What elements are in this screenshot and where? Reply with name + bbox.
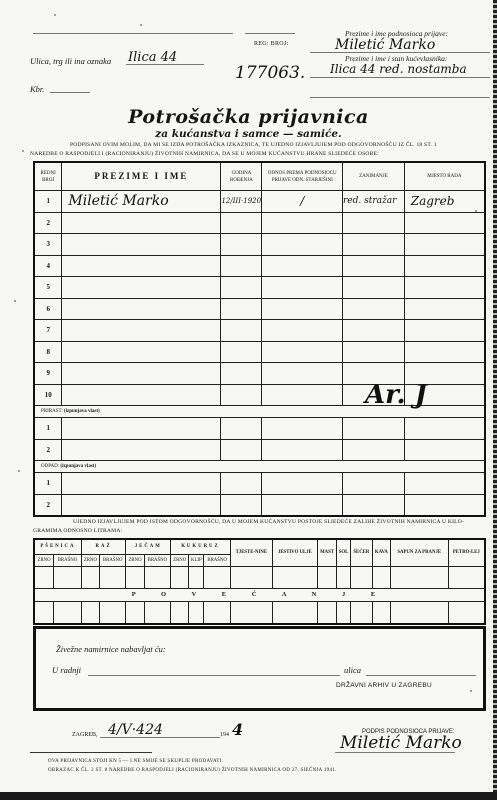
prirast-label: Prirast: (41, 409, 63, 414)
name-cell[interactable] (62, 363, 221, 385)
birth-cell[interactable] (221, 212, 262, 234)
sub-brasno: Brašno (99, 555, 125, 567)
name-cell[interactable]: Miletić Marko (62, 191, 221, 213)
relation-cell[interactable] (262, 384, 343, 406)
shop-field[interactable] (88, 675, 340, 676)
birth-cell[interactable] (221, 341, 262, 363)
table-row: 7 (34, 320, 485, 342)
col-petrolej: Petro-lej (448, 539, 485, 567)
table-row: 2 (34, 439, 485, 461)
birth-cell[interactable] (221, 439, 262, 461)
occupation-cell[interactable] (343, 494, 405, 516)
scan-edge-bottom (0, 792, 497, 800)
group-jecam: Ječam (126, 539, 171, 555)
year-suffix[interactable]: 4 (232, 720, 243, 739)
birth-cell[interactable] (221, 320, 262, 342)
occupation-cell[interactable] (343, 320, 405, 342)
name-cell[interactable] (62, 298, 221, 320)
kbr-underline[interactable] (50, 92, 90, 93)
supply-cell[interactable] (372, 567, 390, 589)
increase-cell[interactable] (34, 602, 54, 625)
workplace-cell[interactable] (404, 234, 485, 256)
supply-cell[interactable] (204, 567, 230, 589)
supply-cell[interactable] (337, 567, 351, 589)
declaration-line-2: naredbe o raspodjeli i (racioniranju) ži… (30, 150, 485, 159)
occupation-cell[interactable] (343, 418, 405, 440)
increase-cell[interactable] (99, 602, 125, 625)
row-num: 5 (34, 277, 62, 299)
declaration2-line-1: Ujedno izjavljujem pod istom odgovornošć… (33, 518, 488, 527)
signature-underline (335, 752, 455, 753)
odpad-sub: (izpunjava vlast) (60, 464, 96, 469)
workplace-cell[interactable] (404, 418, 485, 440)
increase-cell[interactable] (448, 602, 485, 625)
birth-cell[interactable] (221, 363, 262, 385)
occupation-cell[interactable] (343, 255, 405, 277)
workplace-cell[interactable] (404, 439, 485, 461)
row-num: 1 (34, 191, 62, 213)
occupation-cell[interactable] (343, 234, 405, 256)
relation-cell[interactable] (262, 234, 343, 256)
shop-label: U radnji (52, 665, 81, 675)
sub-brasno: Brašno (204, 555, 230, 567)
increase-cell[interactable] (337, 602, 351, 625)
name-cell[interactable] (62, 277, 221, 299)
supplies-increase-row (34, 602, 485, 625)
increase-cell[interactable] (350, 602, 372, 625)
row-num: 1 (34, 418, 62, 440)
birth-cell[interactable] (221, 298, 262, 320)
col-secer: Šećer (350, 539, 372, 567)
increase-cell[interactable] (54, 602, 82, 625)
occupation-cell[interactable] (343, 212, 405, 234)
scan-speck (14, 300, 16, 302)
supply-cell[interactable] (317, 567, 336, 589)
relation-cell[interactable] (262, 255, 343, 277)
occupation-cell[interactable] (343, 341, 405, 363)
relation-cell[interactable] (262, 298, 343, 320)
scan-speck (18, 470, 20, 472)
row-num: 8 (34, 341, 62, 363)
sub-zrno: Zrno (34, 555, 54, 567)
group-kukuruz: Kukuruz (171, 539, 231, 555)
supply-cell[interactable] (81, 567, 99, 589)
supply-cell[interactable] (390, 567, 448, 589)
sub-brasno: Brašno (54, 555, 82, 567)
table-row: 3 (34, 234, 485, 256)
table-row: 5 (34, 277, 485, 299)
row-num: 2 (34, 494, 62, 516)
col-sapun: Sapun za pranje (390, 539, 448, 567)
name-cell[interactable] (62, 473, 221, 495)
col-header-num: Redni broj (34, 162, 62, 191)
increase-cell[interactable] (144, 602, 170, 625)
supplies-data-row (34, 567, 485, 589)
increase-cell[interactable] (204, 602, 230, 625)
name-cell[interactable] (62, 439, 221, 461)
declaration2-line-2: gramima odnosno litrama: (33, 527, 488, 536)
landlord-underline-2 (310, 97, 490, 98)
official-mark: Ar. J (365, 380, 427, 410)
workplace-cell[interactable] (404, 494, 485, 516)
form-title: Potrošačka prijavnica (0, 106, 497, 128)
supplies-table: Pšenica Raž Ječam Kukuruz Tjeste-nine Je… (33, 538, 486, 625)
increase-label: P O V E Ć A N J E (34, 589, 485, 602)
workplace-cell[interactable] (404, 298, 485, 320)
workplace-cell[interactable]: Zagreb (404, 191, 485, 213)
footnote-2: Obrazac k čl. 2 st. 8 naredbe o raspodje… (48, 768, 337, 773)
increase-cell[interactable] (189, 602, 204, 625)
scan-edge-right (493, 0, 497, 800)
name-cell[interactable] (62, 341, 221, 363)
name-cell[interactable] (62, 384, 221, 406)
supply-cell[interactable] (126, 567, 144, 589)
birth-cell[interactable] (221, 494, 262, 516)
supply-cell[interactable] (189, 567, 204, 589)
landlord-value[interactable]: Ilica 44 red. nostamba (330, 62, 467, 76)
table-row: 2 (34, 212, 485, 234)
col-header-workplace: Mjesto rada (404, 162, 485, 191)
archive-stamp: DRŽAVNI ARHIV U ZAGREBU (336, 682, 432, 689)
row-num: 9 (34, 363, 62, 385)
name-cell[interactable] (62, 320, 221, 342)
row-num: 4 (34, 255, 62, 277)
increase-cell[interactable] (272, 602, 317, 625)
relation-cell[interactable] (262, 494, 343, 516)
supply-cell[interactable] (448, 567, 485, 589)
supply-cell[interactable] (34, 567, 54, 589)
table-header-row: Redni broj PREZIME I IME Godina rođenja … (34, 162, 485, 191)
occupation-cell[interactable]: red. stražar (343, 191, 405, 213)
birth-cell[interactable] (221, 418, 262, 440)
procurement-box: Živežne namirnice nabavljat ću: U radnji… (33, 626, 486, 711)
street-value[interactable]: Ilica 44 (128, 50, 177, 65)
birth-cell[interactable] (221, 234, 262, 256)
birth-cell[interactable]: 12/III·1920 (221, 191, 262, 213)
col-kava: Kava (372, 539, 390, 567)
footnote-1: Ova prijavnica stoji Kn 5·— i ne smije s… (48, 759, 223, 764)
col-sol: Sol (337, 539, 351, 567)
row-num: 3 (34, 234, 62, 256)
increase-cell[interactable] (126, 602, 144, 625)
scan-speck (54, 14, 56, 16)
sub-brasno: Brašno (144, 555, 170, 567)
col-mast: Mast (317, 539, 336, 567)
supply-cell[interactable] (350, 567, 372, 589)
col-header-occupation: Zanimanje (343, 162, 405, 191)
footnote-rule (30, 752, 152, 753)
sub-zrno: Zrno (171, 555, 189, 567)
sub-klip: Klip (189, 555, 204, 567)
odpad-section-header: Odpad: (izpunjava vlast) (34, 461, 485, 473)
row-num: 1 (34, 473, 62, 495)
relation-cell[interactable] (262, 320, 343, 342)
col-header-birth: Godina rođenja (221, 162, 262, 191)
group-raz: Raž (81, 539, 126, 555)
applicant-value[interactable]: Miletić Marko (335, 37, 435, 53)
row-num: 10 (34, 384, 62, 406)
scan-speck (470, 690, 472, 692)
supply-cell[interactable] (272, 567, 317, 589)
prirast-sub: (izpunjava vlast) (64, 409, 100, 414)
declaration2-text: Ujedno izjavljujem pod istom odgovornošć… (33, 518, 488, 536)
col-header-name: PREZIME I IME (62, 162, 221, 191)
place-label: ZAGREB, (72, 732, 98, 738)
birth-cell[interactable] (221, 473, 262, 495)
table-row: 2 (34, 494, 485, 516)
row-num: 7 (34, 320, 62, 342)
persons-table: Redni broj PREZIME I IME Godina rođenja … (33, 161, 486, 517)
relation-cell[interactable] (262, 341, 343, 363)
workplace-cell[interactable] (404, 341, 485, 363)
birth-cell[interactable] (221, 277, 262, 299)
scan-speck (140, 24, 142, 26)
sub-zrno: Zrno (126, 555, 144, 567)
row-num: 2 (34, 439, 62, 461)
table-row: 1 Miletić Marko 12/III·1920 / red. straž… (34, 191, 485, 213)
supply-cell[interactable] (144, 567, 170, 589)
procurement-label: Živežne namirnice nabavljat ću: (56, 644, 166, 654)
reg-value: 177063. (235, 63, 305, 83)
relation-cell[interactable]: / (262, 191, 343, 213)
workplace-cell[interactable] (404, 320, 485, 342)
date-value[interactable]: 4/V·424 (108, 722, 163, 738)
occupation-cell[interactable] (343, 473, 405, 495)
relation-cell[interactable] (262, 277, 343, 299)
street-label: Ulica, trg ili ina oznaka (30, 56, 111, 66)
table-row: 8 (34, 341, 485, 363)
supply-cell[interactable] (171, 567, 189, 589)
occupation-cell[interactable] (343, 439, 405, 461)
relation-cell[interactable] (262, 473, 343, 495)
document-page: Ulica, trg ili ina oznaka Ilica 44 Kbr. … (0, 0, 497, 800)
row-num: 6 (34, 298, 62, 320)
relation-cell[interactable] (262, 439, 343, 461)
reg-label: REG: BROJ: (254, 41, 289, 47)
row-num: 2 (34, 212, 62, 234)
group-psenica: Pšenica (34, 539, 81, 555)
workplace-cell[interactable] (404, 212, 485, 234)
table-row: 1 (34, 418, 485, 440)
name-cell[interactable] (62, 494, 221, 516)
table-row: 4 (34, 255, 485, 277)
declaration-line-1: Podpisani ovim molim, da mi se izda potr… (30, 141, 485, 150)
birth-cell[interactable] (221, 255, 262, 277)
supply-cell[interactable] (99, 567, 125, 589)
supply-cell[interactable] (230, 567, 272, 589)
workplace-cell[interactable] (404, 277, 485, 299)
scan-speck (22, 150, 24, 152)
name-cell[interactable] (62, 255, 221, 277)
top-rule (245, 33, 295, 34)
declaration-text: Podpisani ovim molim, da mi se izda potr… (30, 141, 485, 159)
sub-zrno: Zrno (81, 555, 99, 567)
increase-cell[interactable] (317, 602, 336, 625)
table-row: 1 (34, 473, 485, 495)
col-header-relation: Odnos prema podnosiocu prijave odn. star… (262, 162, 343, 191)
form-subtitle: za kućanstva i samce — samiće. (0, 128, 497, 140)
street-underline (126, 64, 204, 65)
workplace-cell[interactable] (404, 473, 485, 495)
landlord-underline (310, 77, 490, 78)
scan-speck (475, 210, 477, 212)
top-rule (33, 33, 233, 34)
street-field[interactable] (366, 675, 476, 676)
increase-cell[interactable] (372, 602, 390, 625)
relation-cell[interactable] (262, 363, 343, 385)
occupation-cell[interactable] (343, 277, 405, 299)
col-tjestenine: Tjeste-nine (230, 539, 272, 567)
workplace-cell[interactable] (404, 255, 485, 277)
table-row: 6 (34, 298, 485, 320)
occupation-cell[interactable] (343, 298, 405, 320)
kbr-label: Kbr. (30, 84, 44, 94)
street-field-label: ulica (344, 665, 361, 675)
increase-cell[interactable] (230, 602, 272, 625)
birth-cell[interactable] (221, 384, 262, 406)
date-underline (100, 737, 220, 738)
col-jestivo-ulje: Jestivo ulje (272, 539, 317, 567)
signature-value: Miletić Marko (340, 733, 462, 753)
increase-cell[interactable] (390, 602, 448, 625)
relation-cell[interactable] (262, 212, 343, 234)
increase-header-row: P O V E Ć A N J E (34, 589, 485, 602)
applicant-underline (310, 52, 490, 53)
name-cell[interactable] (62, 212, 221, 234)
odpad-label: Odpad: (41, 464, 59, 469)
name-cell[interactable] (62, 418, 221, 440)
year-prefix: 194 (220, 732, 229, 738)
increase-cell[interactable] (81, 602, 99, 625)
relation-cell[interactable] (262, 418, 343, 440)
increase-cell[interactable] (171, 602, 189, 625)
supply-cell[interactable] (54, 567, 82, 589)
name-cell[interactable] (62, 234, 221, 256)
supplies-group-header: Pšenica Raž Ječam Kukuruz Tjeste-nine Je… (34, 539, 485, 555)
